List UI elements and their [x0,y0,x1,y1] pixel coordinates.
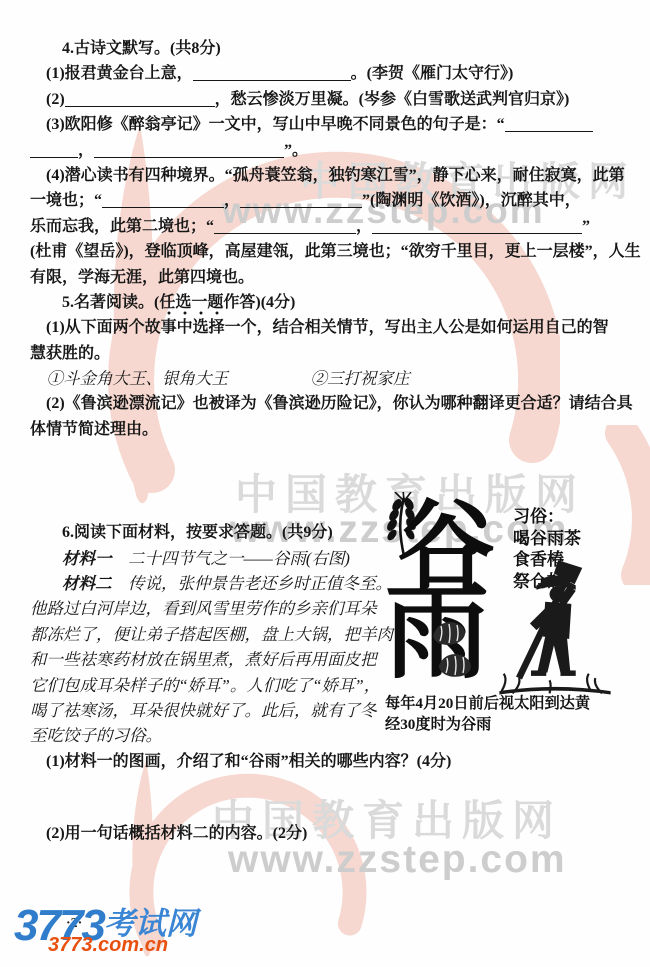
q5-title: 5.名著阅读。(任选一题作答)(4分) [30,290,622,315]
text-run: 都冻烂了，便让弟子搭起医棚，盘上大锅，把羊肉 [30,625,393,644]
q4-item-4-cont-2: 乐而忘我，此第二境也；“，” [30,214,622,239]
text-run: 材料二 [62,574,112,593]
answer-blank [193,65,351,81]
text-run: 二十四节气之一——谷雨(右图) [112,549,350,568]
text-run [30,576,62,593]
customs-title: 习俗： [513,506,581,528]
q4-item-2: (2)，愁云惨淡万里凝。(岑参《白雪歌送武判官归京》) [30,87,622,112]
text-run: 它们包成耳朵样子的“娇耳”。人们吃了“娇耳”， [30,676,380,695]
q5-item-1-cont: 慧获胜的。 [30,341,622,366]
text-run: ，愁云惨淡万里凝。(岑参《白雪歌送武判官归京》) [215,91,570,108]
text-run: ①斗金角大王、银角大王 ②三打祝家庄 [30,369,410,388]
caption-line: 每年4月20日前后视太阳到达黄 [385,694,590,715]
text-run: 5.名著阅读。( [30,294,159,311]
q5-item-2-cont: 体情节简述理由。 [30,417,622,442]
customs-item: 喝谷雨茶 [513,528,581,550]
text-run: 至吃饺子的习俗。 [30,726,162,745]
text-run: (1)报君黄金台上意， [30,65,193,82]
caption-line: 经30度时为谷雨 [385,715,590,736]
text-run: 6.阅读下面材料，按要求答题。(共9分) [30,524,333,541]
text-run: (杜甫《望岳》)，登临顶峰，高屋建瓴，此第三境也；“欲穷千里目，更上一层楼”，人… [30,243,641,260]
text-run: (2)用一句话概括材料二的内容。(2分) [30,825,307,842]
text-run: (4)潜心读书有四种境界。“孤舟蓑笠翁，独钓寒江雪”，静下心来，耐住寂寞，此第 [30,167,625,184]
answer-blank [505,116,593,132]
q5-item-2: (2)《鲁滨逊漂流记》也被译为《鲁滨逊历险记》，你认为哪种翻译更合适？请结合具 [30,391,622,416]
text-run: 慧获胜的。 [30,345,110,362]
q4-item-3: (3)欧阳修《醉翁亭记》一文中，写山中早晚不同景色的句子是：“ [30,112,622,137]
text-run: ” [582,218,590,235]
text-run: (2) [30,91,65,108]
answer-blank [30,142,78,158]
text-run: 体情节简述理由。 [30,421,158,438]
text-run: 喝了祛寒汤，耳朵很快就好了。此后，就有了冬 [30,701,377,720]
q6-question-2: (2)用一句话概括材料二的内容。(2分) [30,821,622,846]
dumpling-icon [429,618,469,648]
text-run: ， [78,142,94,159]
text-run: 作答)(4分) [223,294,295,311]
text-run: 一境也；“ [30,192,102,209]
dumpling-icon [435,650,475,680]
text-run: 4.古诗文默写。(共8分) [30,40,221,57]
answer-blank [65,91,215,107]
q4-item-4: (4)潜心读书有四种境界。“孤舟蓑笠翁，独钓寒江雪”，静下心来，耐住寂寞，此第 [30,163,622,188]
text-run: ”。 [284,142,308,159]
q5-options: ①斗金角大王、银角大王 ②三打祝家庄 [30,366,622,391]
text-run: 乐而忘我，此第二境也；“ [30,218,214,235]
q4-item-4-cont-3: (杜甫《望岳》)，登临顶峰，高屋建瓴，此第三境也；“欲穷千里目，更上一层楼”，人… [30,239,622,264]
text-run: (1)从下面两个故事中选择一个，结合相关情节，写出主人公是如何运用自己的智 [30,319,609,336]
answer-blank [102,192,224,208]
text-run [30,551,62,568]
text-run: ”(陶渊明《饮酒》)，沉醉其中， [362,192,581,209]
q4-item-3-cont: ，”。 [30,138,622,163]
answer-blank [214,218,356,234]
q4-item-4-cont-1: 一境也；“，”(陶渊明《饮酒》)，沉醉其中， [30,188,622,213]
exam-page: 中国教育出版网 www.zzstep.com 中国教育出版网 www.zzste… [0,0,650,967]
answer-blank [240,192,362,208]
text-run: 传说，张仲景告老还乡时正值冬至。 [112,574,393,593]
text-run: ， [356,218,372,235]
q6-question-1: (1)材料一的图画，介绍了和“谷雨”相关的哪些内容？(4分) [30,749,622,774]
answer-blank [372,218,582,234]
text-run: 和一些祛寒药材放在锅里煮，煮好后再用面皮把 [30,650,377,669]
text-run: (3)欧阳修《醉翁亭记》一文中，写山中早晚不同景色的句子是：“ [30,116,505,133]
q5-item-1: (1)从下面两个故事中选择一个，结合相关情节，写出主人公是如何运用自己的智 [30,315,622,340]
text-run: (1)材料一的图画，介绍了和“谷雨”相关的哪些内容？(4分) [30,753,451,770]
text-run: (2)《鲁滨逊漂流记》也被译为《鲁滨逊历险记》，你认为哪种翻译更合适？请结合具 [30,395,633,412]
grain-rain-artwork: 谷 习俗： 喝谷雨茶 食香椿 祭仓颉 雨 [383,498,628,743]
text-run: 有限，学海无涯，此第四境也。 [30,269,254,286]
answer-spacer [30,774,622,821]
text-run: 他路过白河岸边，看到风雪里劳作的乡亲们耳朵 [30,599,377,618]
text-run: 任选一题 [159,294,223,315]
q4-item-4-cont-4: 有限，学海无涯，此第四境也。 [30,265,622,290]
text-run: 材料一 [62,549,112,568]
q4-item-1: (1)报君黄金台上意，。(李贺《雁门太守行》) [30,61,622,86]
answer-blank [94,142,284,158]
text-run: 。(李贺《雁门太守行》) [351,65,514,82]
farmer-with-hoe-icon [495,558,615,700]
footer-site-url: 3773.com.cn [48,934,168,957]
artwork-caption: 每年4月20日前后视太阳到达黄 经30度时为谷雨 [385,694,590,735]
text-run: ， [224,192,240,209]
q4-title: 4.古诗文默写。(共8分) [30,36,622,61]
